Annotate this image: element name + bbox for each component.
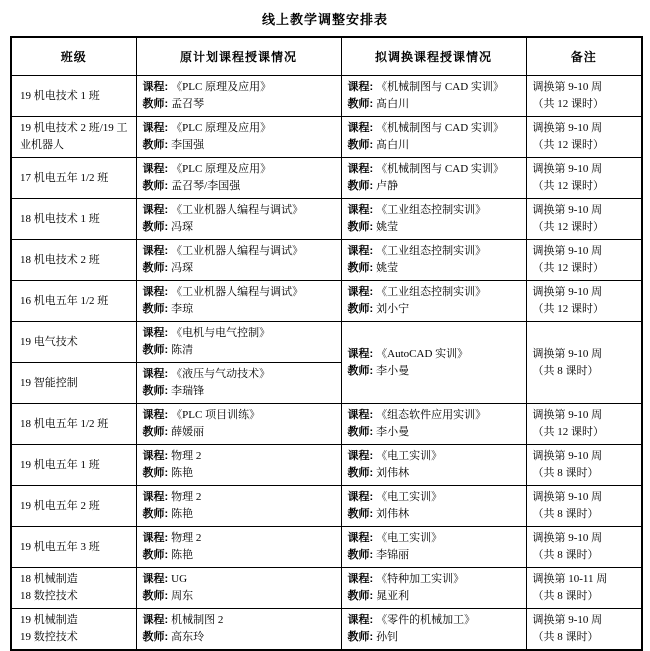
course-name: 《AutoCAD 实训》 xyxy=(376,348,468,360)
table-row: 16 机电五年 1/2 班 课程:《工业机器人编程与调试》 教师:李琼 课程:《… xyxy=(11,281,642,322)
remark-cell: 调换第 9-10 周 （共 8 课时） xyxy=(526,445,642,486)
teacher-label: 教师: xyxy=(348,549,374,561)
course-name: 《液压与气动技术》 xyxy=(171,368,270,380)
teacher-name: 刘小宁 xyxy=(376,303,409,315)
remark-hours: （共 8 课时） xyxy=(533,547,640,564)
table-row: 19 机电技术 1 班 课程:《PLC 原理及应用》 教师:孟召琴 课程:《机械… xyxy=(11,76,642,117)
remark-week: 调换第 9-10 周 xyxy=(533,346,640,363)
remark-week: 调换第 10-11 周 xyxy=(533,571,640,588)
course-name: 《PLC 原理及应用》 xyxy=(171,81,271,93)
original-course-cell: 课程:《电机与电气控制》 教师:陈清 xyxy=(136,322,341,363)
course-name: 《零件的机械加工》 xyxy=(376,614,475,626)
proposed-course-cell: 课程:《机械制图与 CAD 实训》 教师:卢静 xyxy=(341,158,526,199)
original-course-cell: 课程:UG 教师:周东 xyxy=(136,568,341,609)
remark-week: 调换第 9-10 周 xyxy=(533,79,640,96)
teacher-label: 教师: xyxy=(143,426,169,438)
teacher-label: 教师: xyxy=(143,549,169,561)
course-label: 课程: xyxy=(348,286,374,298)
course-label: 课程: xyxy=(143,163,169,175)
teacher-name: 陈艳 xyxy=(171,508,193,520)
teacher-label: 教师: xyxy=(348,98,374,110)
proposed-course-cell: 课程:《工业组态控制实训》 教师:姚莹 xyxy=(341,199,526,240)
course-label: 课程: xyxy=(348,245,374,257)
remark-cell-merged: 调换第 9-10 周 （共 8 课时） xyxy=(526,322,642,404)
teacher-name: 晁亚利 xyxy=(376,590,409,602)
remark-hours: （共 8 课时） xyxy=(533,465,640,482)
class-cell: 19 机电五年 3 班 xyxy=(11,527,136,568)
remark-week: 调换第 9-10 周 xyxy=(533,530,640,547)
teacher-name: 李小曼 xyxy=(376,426,409,438)
course-name: 《组态软件应用实训》 xyxy=(376,409,486,421)
remark-hours: （共 8 课时） xyxy=(533,588,640,605)
table-row: 19 电气技术 课程:《电机与电气控制》 教师:陈清 课程:《AutoCAD 实… xyxy=(11,322,642,363)
table-row: 18 机电技术 2 班 课程:《工业机器人编程与调试》 教师:冯琛 课程:《工业… xyxy=(11,240,642,281)
class-cell: 19 机械制造 19 数控技术 xyxy=(11,609,136,651)
remark-hours: （共 12 课时） xyxy=(533,301,640,318)
teacher-label: 教师: xyxy=(348,221,374,233)
remark-hours: （共 12 课时） xyxy=(533,424,640,441)
table-row: 19 机电五年 3 班 课程:物理 2 教师:陈艳 课程:《电工实训》 教师:李… xyxy=(11,527,642,568)
remark-cell: 调换第 9-10 周 （共 8 课时） xyxy=(526,486,642,527)
teacher-name: 李锦丽 xyxy=(376,549,409,561)
original-course-cell: 课程:物理 2 教师:陈艳 xyxy=(136,527,341,568)
proposed-course-cell: 课程:《零件的机械加工》 教师:孙钊 xyxy=(341,609,526,651)
teacher-label: 教师: xyxy=(143,262,169,274)
teacher-label: 教师: xyxy=(143,303,169,315)
course-name: 《工业机器人编程与调试》 xyxy=(171,204,303,216)
teacher-label: 教师: xyxy=(143,139,169,151)
teacher-label: 教师: xyxy=(348,262,374,274)
remark-week: 调换第 9-10 周 xyxy=(533,161,640,178)
course-name: 物理 2 xyxy=(171,450,201,462)
course-label: 课程: xyxy=(348,573,374,585)
remark-cell: 调换第 9-10 周 （共 12 课时） xyxy=(526,404,642,445)
original-course-cell: 课程:物理 2 教师:陈艳 xyxy=(136,486,341,527)
proposed-course-cell: 课程:《特种加工实训》 教师:晁亚利 xyxy=(341,568,526,609)
remark-hours: （共 8 课时） xyxy=(533,363,640,380)
proposed-course-cell-merged: 课程:《AutoCAD 实训》 教师:李小曼 xyxy=(341,322,526,404)
remark-week: 调换第 9-10 周 xyxy=(533,448,640,465)
course-name: 《工业组态控制实训》 xyxy=(376,245,486,257)
table-row: 19 机电技术 2 班/19 工业机器人 课程:《PLC 原理及应用》 教师:李… xyxy=(11,117,642,158)
teacher-label: 教师: xyxy=(143,631,169,643)
original-course-cell: 课程:《PLC 原理及应用》 教师:李国强 xyxy=(136,117,341,158)
teacher-label: 教师: xyxy=(143,590,169,602)
course-name: 《机械制图与 CAD 实训》 xyxy=(376,81,504,93)
col-header-class: 班级 xyxy=(11,37,136,76)
remark-hours: （共 8 课时） xyxy=(533,506,640,523)
table-row: 18 机械制造 18 数控技术 课程:UG 教师:周东 课程:《特种加工实训》 … xyxy=(11,568,642,609)
remark-week: 调换第 9-10 周 xyxy=(533,120,640,137)
course-name: 《电工实训》 xyxy=(376,532,442,544)
table-row: 18 机电技术 1 班 课程:《工业机器人编程与调试》 教师:冯琛 课程:《工业… xyxy=(11,199,642,240)
proposed-course-cell: 课程:《组态软件应用实训》 教师:李小曼 xyxy=(341,404,526,445)
teacher-label: 教师: xyxy=(143,98,169,110)
table-row: 19 机械制造 19 数控技术 课程:机械制图 2 教师:高东玲 课程:《零件的… xyxy=(11,609,642,651)
course-label: 课程: xyxy=(348,81,374,93)
remark-cell: 调换第 9-10 周 （共 12 课时） xyxy=(526,117,642,158)
class-cell: 18 机械制造 18 数控技术 xyxy=(11,568,136,609)
teacher-label: 教师: xyxy=(348,590,374,602)
teacher-name: 陈清 xyxy=(171,344,193,356)
original-course-cell: 课程:《PLC 原理及应用》 教师:孟召琴 xyxy=(136,76,341,117)
teacher-label: 教师: xyxy=(348,631,374,643)
class-cell: 19 机电技术 1 班 xyxy=(11,76,136,117)
class-cell: 18 机电技术 2 班 xyxy=(11,240,136,281)
remark-week: 调换第 9-10 周 xyxy=(533,202,640,219)
course-name: 《工业组态控制实训》 xyxy=(376,286,486,298)
course-label: 课程: xyxy=(348,450,374,462)
original-course-cell: 课程:《工业机器人编程与调试》 教师:李琼 xyxy=(136,281,341,322)
teacher-name: 孟召琴 xyxy=(171,98,204,110)
table-row: 17 机电五年 1/2 班 课程:《PLC 原理及应用》 教师:孟召琴/李国强 … xyxy=(11,158,642,199)
course-label: 课程: xyxy=(143,81,169,93)
class-cell: 19 机电五年 2 班 xyxy=(11,486,136,527)
course-name: 《PLC 原理及应用》 xyxy=(171,163,271,175)
original-course-cell: 课程:机械制图 2 教师:高东玲 xyxy=(136,609,341,651)
course-label: 课程: xyxy=(143,368,169,380)
col-header-proposed: 拟调换课程授课情况 xyxy=(341,37,526,76)
class-cell: 17 机电五年 1/2 班 xyxy=(11,158,136,199)
course-label: 课程: xyxy=(348,163,374,175)
class-cell: 18 机电技术 1 班 xyxy=(11,199,136,240)
original-course-cell: 课程:《工业机器人编程与调试》 教师:冯琛 xyxy=(136,199,341,240)
table-row: 19 机电五年 1 班 课程:物理 2 教师:陈艳 课程:《电工实训》 教师:刘… xyxy=(11,445,642,486)
table-row: 18 机电五年 1/2 班 课程:《PLC 项目训练》 教师:薛媛丽 课程:《组… xyxy=(11,404,642,445)
proposed-course-cell: 课程:《机械制图与 CAD 实训》 教师:髙白川 xyxy=(341,76,526,117)
teacher-name: 李小曼 xyxy=(376,365,409,377)
remark-cell: 调换第 9-10 周 （共 12 课时） xyxy=(526,76,642,117)
course-label: 课程: xyxy=(348,614,374,626)
remark-cell: 调换第 9-10 周 （共 12 课时） xyxy=(526,281,642,322)
course-label: 课程: xyxy=(143,573,169,585)
course-name: 《工业机器人编程与调试》 xyxy=(171,286,303,298)
page-title: 线上教学调整安排表 xyxy=(0,0,650,36)
header-row: 班级 原计划课程授课情况 拟调换课程授课情况 备注 xyxy=(11,37,642,76)
course-label: 课程: xyxy=(348,491,374,503)
teacher-name: 李琼 xyxy=(171,303,193,315)
table-row: 19 机电五年 2 班 课程:物理 2 教师:陈艳 课程:《电工实训》 教师:刘… xyxy=(11,486,642,527)
teacher-name: 薛媛丽 xyxy=(171,426,204,438)
remark-week: 调换第 9-10 周 xyxy=(533,284,640,301)
original-course-cell: 课程:物理 2 教师:陈艳 xyxy=(136,445,341,486)
course-name: 《电工实训》 xyxy=(376,491,442,503)
teacher-name: 李国强 xyxy=(171,139,204,151)
remark-cell: 调换第 9-10 周 （共 12 课时） xyxy=(526,158,642,199)
course-name: 物理 2 xyxy=(171,491,201,503)
class-cell: 19 电气技术 xyxy=(11,322,136,363)
teacher-name: 冯琛 xyxy=(171,221,193,233)
course-label: 课程: xyxy=(348,204,374,216)
teacher-label: 教师: xyxy=(348,180,374,192)
teacher-label: 教师: xyxy=(348,139,374,151)
course-label: 课程: xyxy=(143,450,169,462)
proposed-course-cell: 课程:《电工实训》 教师:刘伟林 xyxy=(341,486,526,527)
teacher-name: 陈艳 xyxy=(171,549,193,561)
teacher-label: 教师: xyxy=(348,467,374,479)
schedule-table: 班级 原计划课程授课情况 拟调换课程授课情况 备注 19 机电技术 1 班 课程… xyxy=(10,36,643,651)
col-header-original: 原计划课程授课情况 xyxy=(136,37,341,76)
teacher-name: 孙钊 xyxy=(376,631,398,643)
teacher-name: 李瑞锋 xyxy=(171,385,204,397)
remark-week: 调换第 9-10 周 xyxy=(533,243,640,260)
proposed-course-cell: 课程:《电工实训》 教师:刘伟林 xyxy=(341,445,526,486)
teacher-label: 教师: xyxy=(143,221,169,233)
teacher-label: 教师: xyxy=(348,303,374,315)
course-label: 课程: xyxy=(143,532,169,544)
course-name: UG xyxy=(171,573,187,585)
course-label: 课程: xyxy=(143,122,169,134)
class-cell: 19 机电技术 2 班/19 工业机器人 xyxy=(11,117,136,158)
teacher-label: 教师: xyxy=(348,365,374,377)
remark-week: 调换第 9-10 周 xyxy=(533,407,640,424)
course-name: 《电机与电气控制》 xyxy=(171,327,270,339)
teacher-name: 陈艳 xyxy=(171,467,193,479)
proposed-course-cell: 课程:《机械制图与 CAD 实训》 教师:髙白川 xyxy=(341,117,526,158)
remark-hours: （共 12 课时） xyxy=(533,137,640,154)
course-name: 《特种加工实训》 xyxy=(376,573,464,585)
course-label: 课程: xyxy=(143,409,169,421)
teacher-name: 刘伟林 xyxy=(376,508,409,520)
remark-hours: （共 12 课时） xyxy=(533,96,640,113)
original-course-cell: 课程:《PLC 原理及应用》 教师:孟召琴/李国强 xyxy=(136,158,341,199)
remark-week: 调换第 9-10 周 xyxy=(533,489,640,506)
class-cell: 16 机电五年 1/2 班 xyxy=(11,281,136,322)
course-name: 《电工实训》 xyxy=(376,450,442,462)
class-cell: 19 智能控制 xyxy=(11,363,136,404)
remark-hours: （共 12 课时） xyxy=(533,260,640,277)
teacher-name: 孟召琴/李国强 xyxy=(171,180,240,192)
teacher-label: 教师: xyxy=(143,344,169,356)
proposed-course-cell: 课程:《工业组态控制实训》 教师:姚莹 xyxy=(341,240,526,281)
course-label: 课程: xyxy=(143,491,169,503)
teacher-name: 髙白川 xyxy=(376,98,409,110)
course-name: 物理 2 xyxy=(171,532,201,544)
course-name: 《PLC 原理及应用》 xyxy=(171,122,271,134)
teacher-name: 高东玲 xyxy=(171,631,204,643)
remark-hours: （共 12 课时） xyxy=(533,219,640,236)
teacher-label: 教师: xyxy=(348,426,374,438)
course-name: 《机械制图与 CAD 实训》 xyxy=(376,163,504,175)
remark-cell: 调换第 10-11 周 （共 8 课时） xyxy=(526,568,642,609)
teacher-name: 刘伟林 xyxy=(376,467,409,479)
teacher-name: 姚莹 xyxy=(376,262,398,274)
teacher-name: 卢静 xyxy=(376,180,398,192)
remark-cell: 调换第 9-10 周 （共 12 课时） xyxy=(526,199,642,240)
teacher-name: 髙白川 xyxy=(376,139,409,151)
teacher-label: 教师: xyxy=(143,467,169,479)
course-name: 《工业组态控制实训》 xyxy=(376,204,486,216)
class-cell: 19 机电五年 1 班 xyxy=(11,445,136,486)
teacher-label: 教师: xyxy=(143,385,169,397)
teacher-name: 冯琛 xyxy=(171,262,193,274)
remark-cell: 调换第 9-10 周 （共 8 课时） xyxy=(526,609,642,651)
teacher-label: 教师: xyxy=(143,180,169,192)
class-cell: 18 机电五年 1/2 班 xyxy=(11,404,136,445)
col-header-remark: 备注 xyxy=(526,37,642,76)
course-name: 机械制图 2 xyxy=(171,614,223,626)
course-label: 课程: xyxy=(348,348,374,360)
original-course-cell: 课程:《PLC 项目训练》 教师:薛媛丽 xyxy=(136,404,341,445)
course-name: 《机械制图与 CAD 实训》 xyxy=(376,122,504,134)
course-label: 课程: xyxy=(143,614,169,626)
proposed-course-cell: 课程:《电工实训》 教师:李锦丽 xyxy=(341,527,526,568)
remark-cell: 调换第 9-10 周 （共 8 课时） xyxy=(526,527,642,568)
course-label: 课程: xyxy=(143,204,169,216)
course-label: 课程: xyxy=(143,286,169,298)
course-name: 《工业机器人编程与调试》 xyxy=(171,245,303,257)
teacher-label: 教师: xyxy=(348,508,374,520)
remark-hours: （共 8 课时） xyxy=(533,629,640,646)
teacher-name: 周东 xyxy=(171,590,193,602)
remark-week: 调换第 9-10 周 xyxy=(533,612,640,629)
teacher-name: 姚莹 xyxy=(376,221,398,233)
remark-hours: （共 12 课时） xyxy=(533,178,640,195)
teacher-label: 教师: xyxy=(143,508,169,520)
course-label: 课程: xyxy=(348,122,374,134)
remark-cell: 调换第 9-10 周 （共 12 课时） xyxy=(526,240,642,281)
proposed-course-cell: 课程:《工业组态控制实训》 教师:刘小宁 xyxy=(341,281,526,322)
course-label: 课程: xyxy=(143,245,169,257)
course-label: 课程: xyxy=(348,532,374,544)
course-label: 课程: xyxy=(348,409,374,421)
original-course-cell: 课程:《工业机器人编程与调试》 教师:冯琛 xyxy=(136,240,341,281)
original-course-cell: 课程:《液压与气动技术》 教师:李瑞锋 xyxy=(136,363,341,404)
course-name: 《PLC 项目训练》 xyxy=(171,409,260,421)
course-label: 课程: xyxy=(143,327,169,339)
